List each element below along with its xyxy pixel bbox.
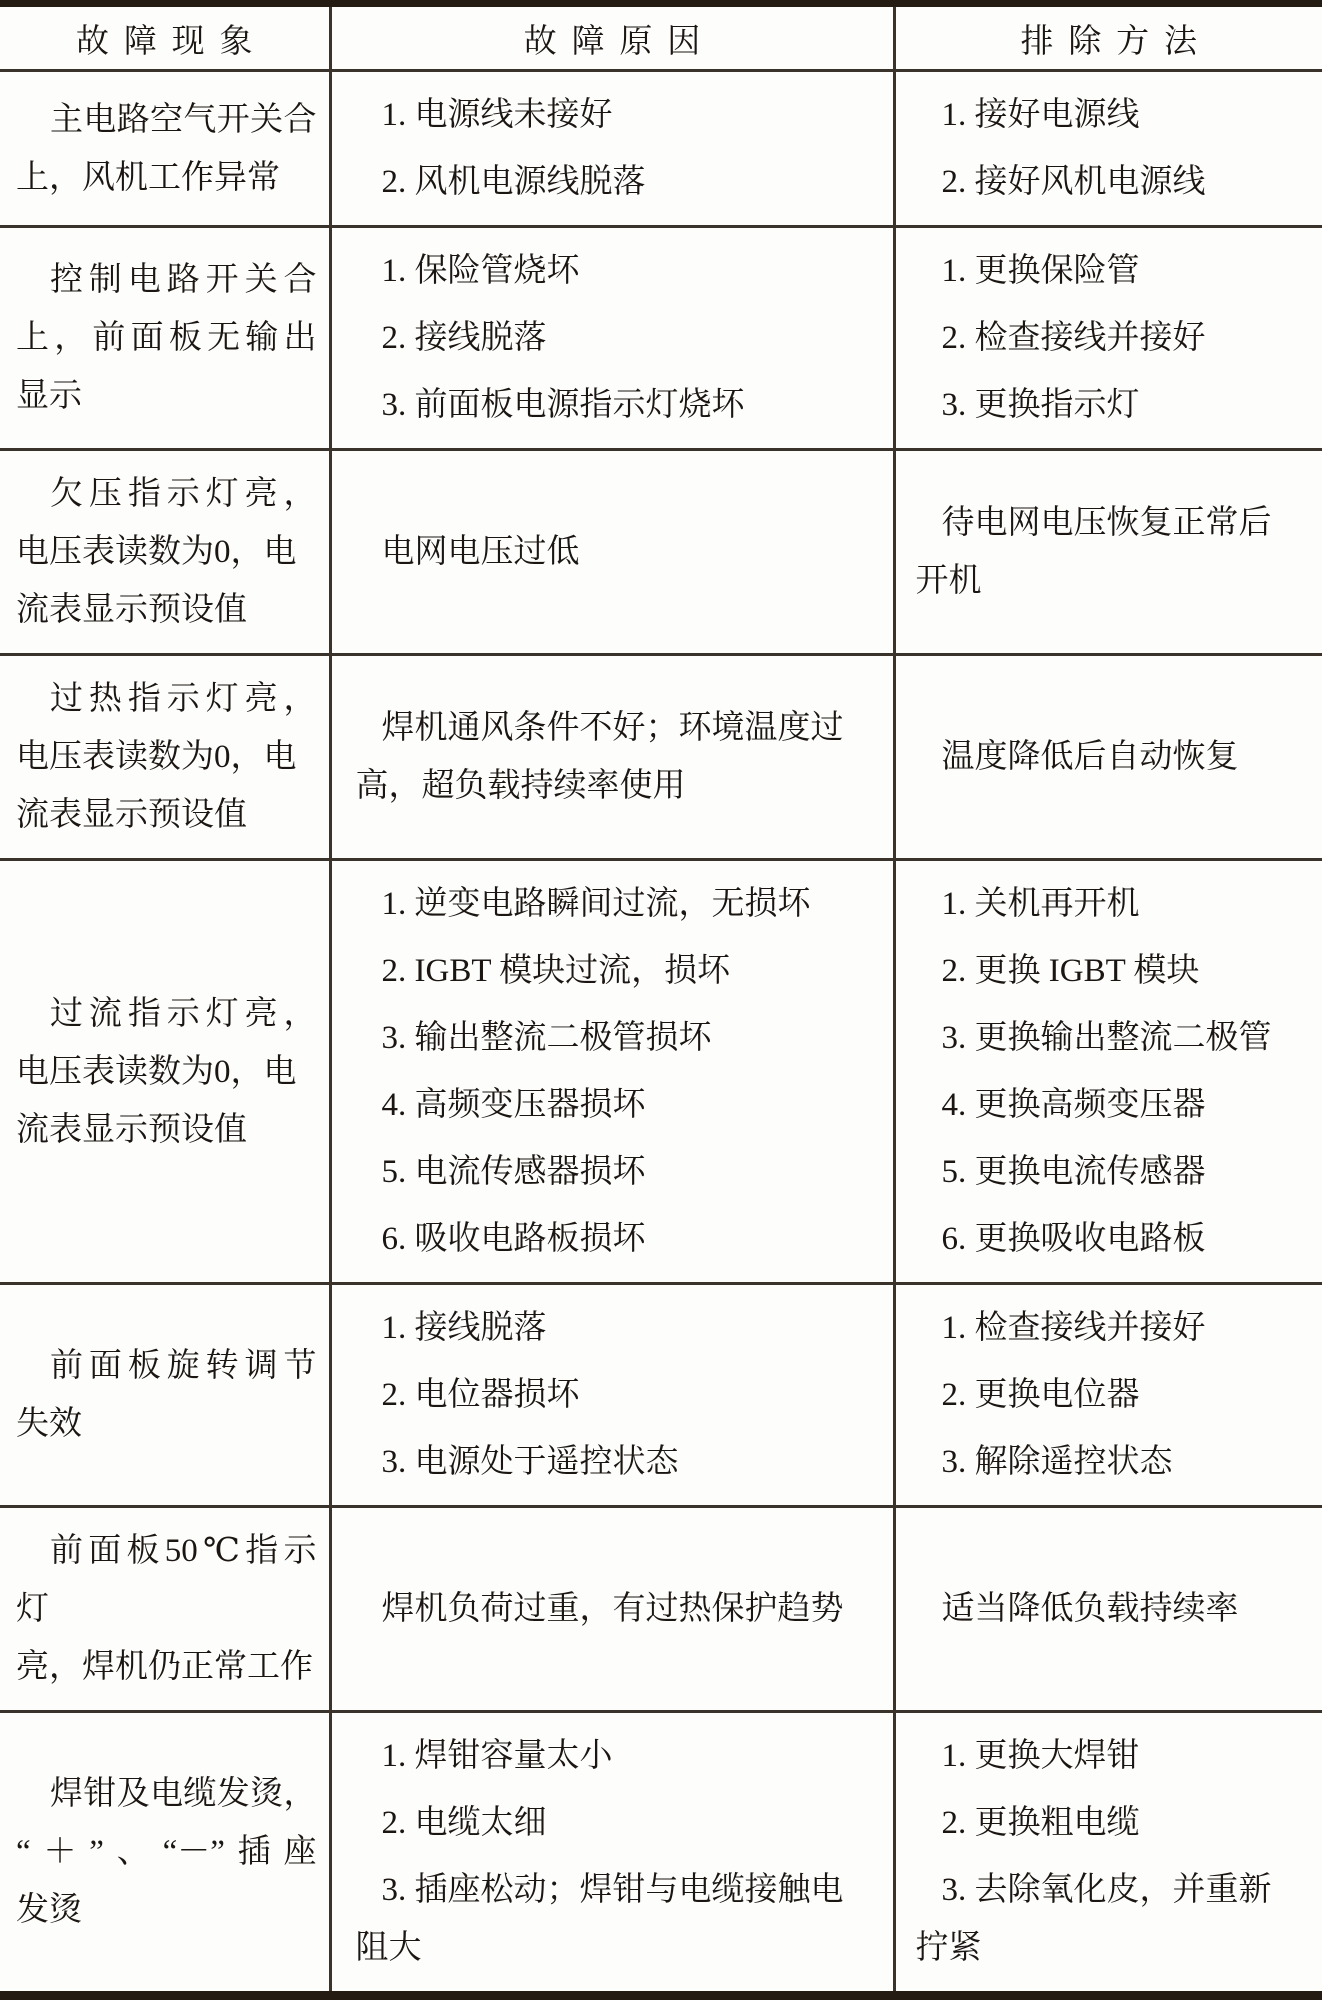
cause-cell: 焊机通风条件不好；环境温度过高，超负载持续率使用: [330, 655, 894, 860]
cell-paragraph: 1. 关机再开机: [916, 875, 1315, 933]
table-body: 主电路空气开关合上，风机工作异常 1. 电源线未接好2. 风机电源线脱落 1. …: [0, 71, 1322, 1996]
text-line: 2. 风机电源线脱落: [356, 153, 883, 211]
text-line: 发烫: [16, 1881, 317, 1939]
text-line: 过流指示灯亮，: [16, 985, 317, 1043]
text-line: 电压表读数为0，电: [16, 523, 317, 581]
text-line: 待电网电压恢复正常后: [916, 494, 1315, 552]
table-row: 焊钳及电缆发烫，“＋”、“－”插座发烫 1. 焊钳容量太小2. 电缆太细3. 插…: [0, 1712, 1322, 1996]
text-line: 亮，焊机仍正常工作: [16, 1638, 317, 1696]
cell-paragraph: 适当降低负载持续率: [916, 1580, 1315, 1638]
text-line: 上，前面板无输出: [16, 309, 317, 367]
cell-paragraph: 2. 更换 IGBT 模块: [916, 942, 1315, 1000]
cause-cell: 1. 保险管烧坏2. 接线脱落3. 前面板电源指示灯烧坏: [330, 227, 894, 450]
text-line: 1. 更换大焊钳: [916, 1727, 1315, 1785]
text-line: “＋”、“－”插座: [16, 1823, 317, 1881]
text-line: 1. 接好电源线: [916, 86, 1315, 144]
table-row: 欠压指示灯亮，电压表读数为0，电流表显示预设值 电网电压过低 待电网电压恢复正常…: [0, 450, 1322, 655]
cell-paragraph: 焊机负荷过重，有过热保护趋势: [356, 1580, 883, 1638]
cell-paragraph: 1. 更换大焊钳: [916, 1727, 1315, 1785]
cell-paragraph: 2. 接好风机电源线: [916, 153, 1315, 211]
text-line: 2. 接好风机电源线: [916, 153, 1315, 211]
cause-cell: 1. 接线脱落2. 电位器损坏3. 电源处于遥控状态: [330, 1284, 894, 1507]
text-line: 显示: [16, 367, 317, 425]
text-line: 3. 解除遥控状态: [916, 1433, 1315, 1491]
text-line: 开机: [916, 552, 1315, 610]
phenomenon-cell: 过热指示灯亮，电压表读数为0，电流表显示预设值: [0, 655, 330, 860]
cell-paragraph: 焊钳及电缆发烫，“＋”、“－”插座发烫: [16, 1765, 317, 1939]
table-row: 前面板旋转调节失效 1. 接线脱落2. 电位器损坏3. 电源处于遥控状态 1. …: [0, 1284, 1322, 1507]
text-line: 过热指示灯亮，: [16, 670, 317, 728]
text-line: 1. 关机再开机: [916, 875, 1315, 933]
remedy-cell: 适当降低负载持续率: [894, 1507, 1322, 1712]
text-line: 1. 逆变电路瞬间过流，无损坏: [356, 875, 883, 933]
cause-cell: 焊机负荷过重，有过热保护趋势: [330, 1507, 894, 1712]
text-line: 控制电路开关合: [16, 251, 317, 309]
phenomenon-cell: 前面板旋转调节失效: [0, 1284, 330, 1507]
cell-paragraph: 1. 逆变电路瞬间过流，无损坏: [356, 875, 883, 933]
text-line: 流表显示预设值: [16, 1101, 317, 1159]
text-line: 失效: [16, 1395, 317, 1453]
remedy-cell: 温度降低后自动恢复: [894, 655, 1322, 860]
table-row: 过热指示灯亮，电压表读数为0，电流表显示预设值 焊机通风条件不好；环境温度过高，…: [0, 655, 1322, 860]
phenomenon-cell: 控制电路开关合上，前面板无输出显示: [0, 227, 330, 450]
text-line: 1. 更换保险管: [916, 242, 1315, 300]
text-line: 拧紧: [916, 1919, 1315, 1977]
cause-cell: 1. 电源线未接好2. 风机电源线脱落: [330, 71, 894, 227]
text-line: 焊机负荷过重，有过热保护趋势: [356, 1580, 883, 1638]
remedy-cell: 1. 检查接线并接好2. 更换电位器3. 解除遥控状态: [894, 1284, 1322, 1507]
phenomenon-cell: 欠压指示灯亮，电压表读数为0，电流表显示预设值: [0, 450, 330, 655]
text-line: 焊机通风条件不好；环境温度过: [356, 699, 883, 757]
cell-paragraph: 2. 风机电源线脱落: [356, 153, 883, 211]
text-line: 3. 插座松动；焊钳与电缆接触电: [356, 1861, 883, 1919]
remedy-cell: 1. 接好电源线2. 接好风机电源线: [894, 71, 1322, 227]
phenomenon-cell: 主电路空气开关合上，风机工作异常: [0, 71, 330, 227]
table-row: 前面板50℃指示灯亮，焊机仍正常工作 焊机负荷过重，有过热保护趋势 适当降低负载…: [0, 1507, 1322, 1712]
cell-paragraph: 主电路空气开关合上，风机工作异常: [16, 91, 317, 207]
text-line: 上，风机工作异常: [16, 149, 317, 207]
cell-paragraph: 2. 接线脱落: [356, 309, 883, 367]
text-line: 5. 电流传感器损坏: [356, 1143, 883, 1201]
text-line: 3. 电源处于遥控状态: [356, 1433, 883, 1491]
cell-paragraph: 6. 更换吸收电路板: [916, 1210, 1315, 1268]
text-line: 2. 更换电位器: [916, 1366, 1315, 1424]
cell-paragraph: 5. 电流传感器损坏: [356, 1143, 883, 1201]
header-remedy-method: 排除方法: [894, 4, 1322, 71]
text-line: 1. 电源线未接好: [356, 86, 883, 144]
cell-paragraph: 3. 解除遥控状态: [916, 1433, 1315, 1491]
text-line: 3. 去除氧化皮，并重新: [916, 1861, 1315, 1919]
cell-paragraph: 欠压指示灯亮，电压表读数为0，电流表显示预设值: [16, 465, 317, 639]
cell-paragraph: 2. 更换电位器: [916, 1366, 1315, 1424]
text-line: 电压表读数为0，电: [16, 1043, 317, 1101]
text-line: 2. 接线脱落: [356, 309, 883, 367]
table-row: 控制电路开关合上，前面板无输出显示 1. 保险管烧坏2. 接线脱落3. 前面板电…: [0, 227, 1322, 450]
cell-paragraph: 电网电压过低: [356, 523, 883, 581]
text-line: 1. 焊钳容量太小: [356, 1727, 883, 1785]
cell-paragraph: 5. 更换电流传感器: [916, 1143, 1315, 1201]
text-line: 3. 更换输出整流二极管: [916, 1009, 1315, 1067]
cell-paragraph: 1. 接好电源线: [916, 86, 1315, 144]
text-line: 3. 更换指示灯: [916, 376, 1315, 434]
cell-paragraph: 1. 检查接线并接好: [916, 1299, 1315, 1357]
text-line: 3. 前面板电源指示灯烧坏: [356, 376, 883, 434]
remedy-cell: 1. 更换大焊钳2. 更换粗电缆3. 去除氧化皮，并重新拧紧: [894, 1712, 1322, 1996]
cell-paragraph: 6. 吸收电路板损坏: [356, 1210, 883, 1268]
text-line: 主电路空气开关合: [16, 91, 317, 149]
text-line: 1. 保险管烧坏: [356, 242, 883, 300]
cell-paragraph: 过流指示灯亮，电压表读数为0，电流表显示预设值: [16, 985, 317, 1159]
cell-paragraph: 焊机通风条件不好；环境温度过高，超负载持续率使用: [356, 699, 883, 815]
remedy-cell: 1. 更换保险管2. 检查接线并接好3. 更换指示灯: [894, 227, 1322, 450]
cause-cell: 1. 逆变电路瞬间过流，无损坏2. IGBT 模块过流，损坏3. 输出整流二极管…: [330, 860, 894, 1284]
phenomenon-cell: 焊钳及电缆发烫，“＋”、“－”插座发烫: [0, 1712, 330, 1996]
text-line: 4. 更换高频变压器: [916, 1076, 1315, 1134]
fault-troubleshooting-table: 故障现象 故障原因 排除方法 主电路空气开关合上，风机工作异常 1. 电源线未接…: [0, 0, 1322, 2000]
cell-paragraph: 3. 前面板电源指示灯烧坏: [356, 376, 883, 434]
text-line: 4. 高频变压器损坏: [356, 1076, 883, 1134]
text-line: 6. 吸收电路板损坏: [356, 1210, 883, 1268]
text-line: 阻大: [356, 1919, 883, 1977]
table-header: 故障现象 故障原因 排除方法: [0, 4, 1322, 71]
text-line: 温度降低后自动恢复: [916, 728, 1315, 786]
cell-paragraph: 前面板旋转调节失效: [16, 1337, 317, 1453]
cell-paragraph: 3. 更换输出整流二极管: [916, 1009, 1315, 1067]
text-line: 3. 输出整流二极管损坏: [356, 1009, 883, 1067]
cell-paragraph: 1. 电源线未接好: [356, 86, 883, 144]
remedy-cell: 1. 关机再开机2. 更换 IGBT 模块3. 更换输出整流二极管4. 更换高频…: [894, 860, 1322, 1284]
text-line: 欠压指示灯亮，: [16, 465, 317, 523]
cell-paragraph: 温度降低后自动恢复: [916, 728, 1315, 786]
cell-paragraph: 过热指示灯亮，电压表读数为0，电流表显示预设值: [16, 670, 317, 844]
text-line: 1. 接线脱落: [356, 1299, 883, 1357]
cell-paragraph: 待电网电压恢复正常后开机: [916, 494, 1315, 610]
text-line: 电压表读数为0，电: [16, 728, 317, 786]
cell-paragraph: 3. 输出整流二极管损坏: [356, 1009, 883, 1067]
cell-paragraph: 2. 电位器损坏: [356, 1366, 883, 1424]
cell-paragraph: 前面板50℃指示灯亮，焊机仍正常工作: [16, 1522, 317, 1696]
remedy-cell: 待电网电压恢复正常后开机: [894, 450, 1322, 655]
phenomenon-cell: 前面板50℃指示灯亮，焊机仍正常工作: [0, 1507, 330, 1712]
text-line: 2. 更换 IGBT 模块: [916, 942, 1315, 1000]
text-line: 2. 电位器损坏: [356, 1366, 883, 1424]
header-fault-cause: 故障原因: [330, 4, 894, 71]
text-line: 高，超负载持续率使用: [356, 757, 883, 815]
cell-paragraph: 1. 焊钳容量太小: [356, 1727, 883, 1785]
text-line: 前面板旋转调节: [16, 1337, 317, 1395]
text-line: 2. 检查接线并接好: [916, 309, 1315, 367]
text-line: 前面板50℃指示灯: [16, 1522, 317, 1638]
cell-paragraph: 4. 高频变压器损坏: [356, 1076, 883, 1134]
cell-paragraph: 1. 保险管烧坏: [356, 242, 883, 300]
text-line: 适当降低负载持续率: [916, 1580, 1315, 1638]
phenomenon-cell: 过流指示灯亮，电压表读数为0，电流表显示预设值: [0, 860, 330, 1284]
cell-paragraph: 2. 检查接线并接好: [916, 309, 1315, 367]
text-line: 电网电压过低: [356, 523, 883, 581]
text-line: 6. 更换吸收电路板: [916, 1210, 1315, 1268]
table-row: 主电路空气开关合上，风机工作异常 1. 电源线未接好2. 风机电源线脱落 1. …: [0, 71, 1322, 227]
cell-paragraph: 1. 更换保险管: [916, 242, 1315, 300]
cell-paragraph: 控制电路开关合上，前面板无输出显示: [16, 251, 317, 425]
header-row: 故障现象 故障原因 排除方法: [0, 4, 1322, 71]
cell-paragraph: 2. 更换粗电缆: [916, 1794, 1315, 1852]
cell-paragraph: 3. 电源处于遥控状态: [356, 1433, 883, 1491]
text-line: 2. 电缆太细: [356, 1794, 883, 1852]
text-line: 流表显示预设值: [16, 786, 317, 844]
cause-cell: 电网电压过低: [330, 450, 894, 655]
text-line: 5. 更换电流传感器: [916, 1143, 1315, 1201]
cell-paragraph: 3. 去除氧化皮，并重新拧紧: [916, 1861, 1315, 1977]
cell-paragraph: 1. 接线脱落: [356, 1299, 883, 1357]
text-line: 2. 更换粗电缆: [916, 1794, 1315, 1852]
cell-paragraph: 2. 电缆太细: [356, 1794, 883, 1852]
cause-cell: 1. 焊钳容量太小2. 电缆太细3. 插座松动；焊钳与电缆接触电阻大: [330, 1712, 894, 1996]
cell-paragraph: 4. 更换高频变压器: [916, 1076, 1315, 1134]
cell-paragraph: 3. 更换指示灯: [916, 376, 1315, 434]
cell-paragraph: 3. 插座松动；焊钳与电缆接触电阻大: [356, 1861, 883, 1977]
text-line: 流表显示预设值: [16, 581, 317, 639]
text-line: 焊钳及电缆发烫，: [16, 1765, 317, 1823]
cell-paragraph: 2. IGBT 模块过流，损坏: [356, 942, 883, 1000]
table-row: 过流指示灯亮，电压表读数为0，电流表显示预设值 1. 逆变电路瞬间过流，无损坏2…: [0, 860, 1322, 1284]
text-line: 1. 检查接线并接好: [916, 1299, 1315, 1357]
text-line: 2. IGBT 模块过流，损坏: [356, 942, 883, 1000]
header-fault-phenomenon: 故障现象: [0, 4, 330, 71]
